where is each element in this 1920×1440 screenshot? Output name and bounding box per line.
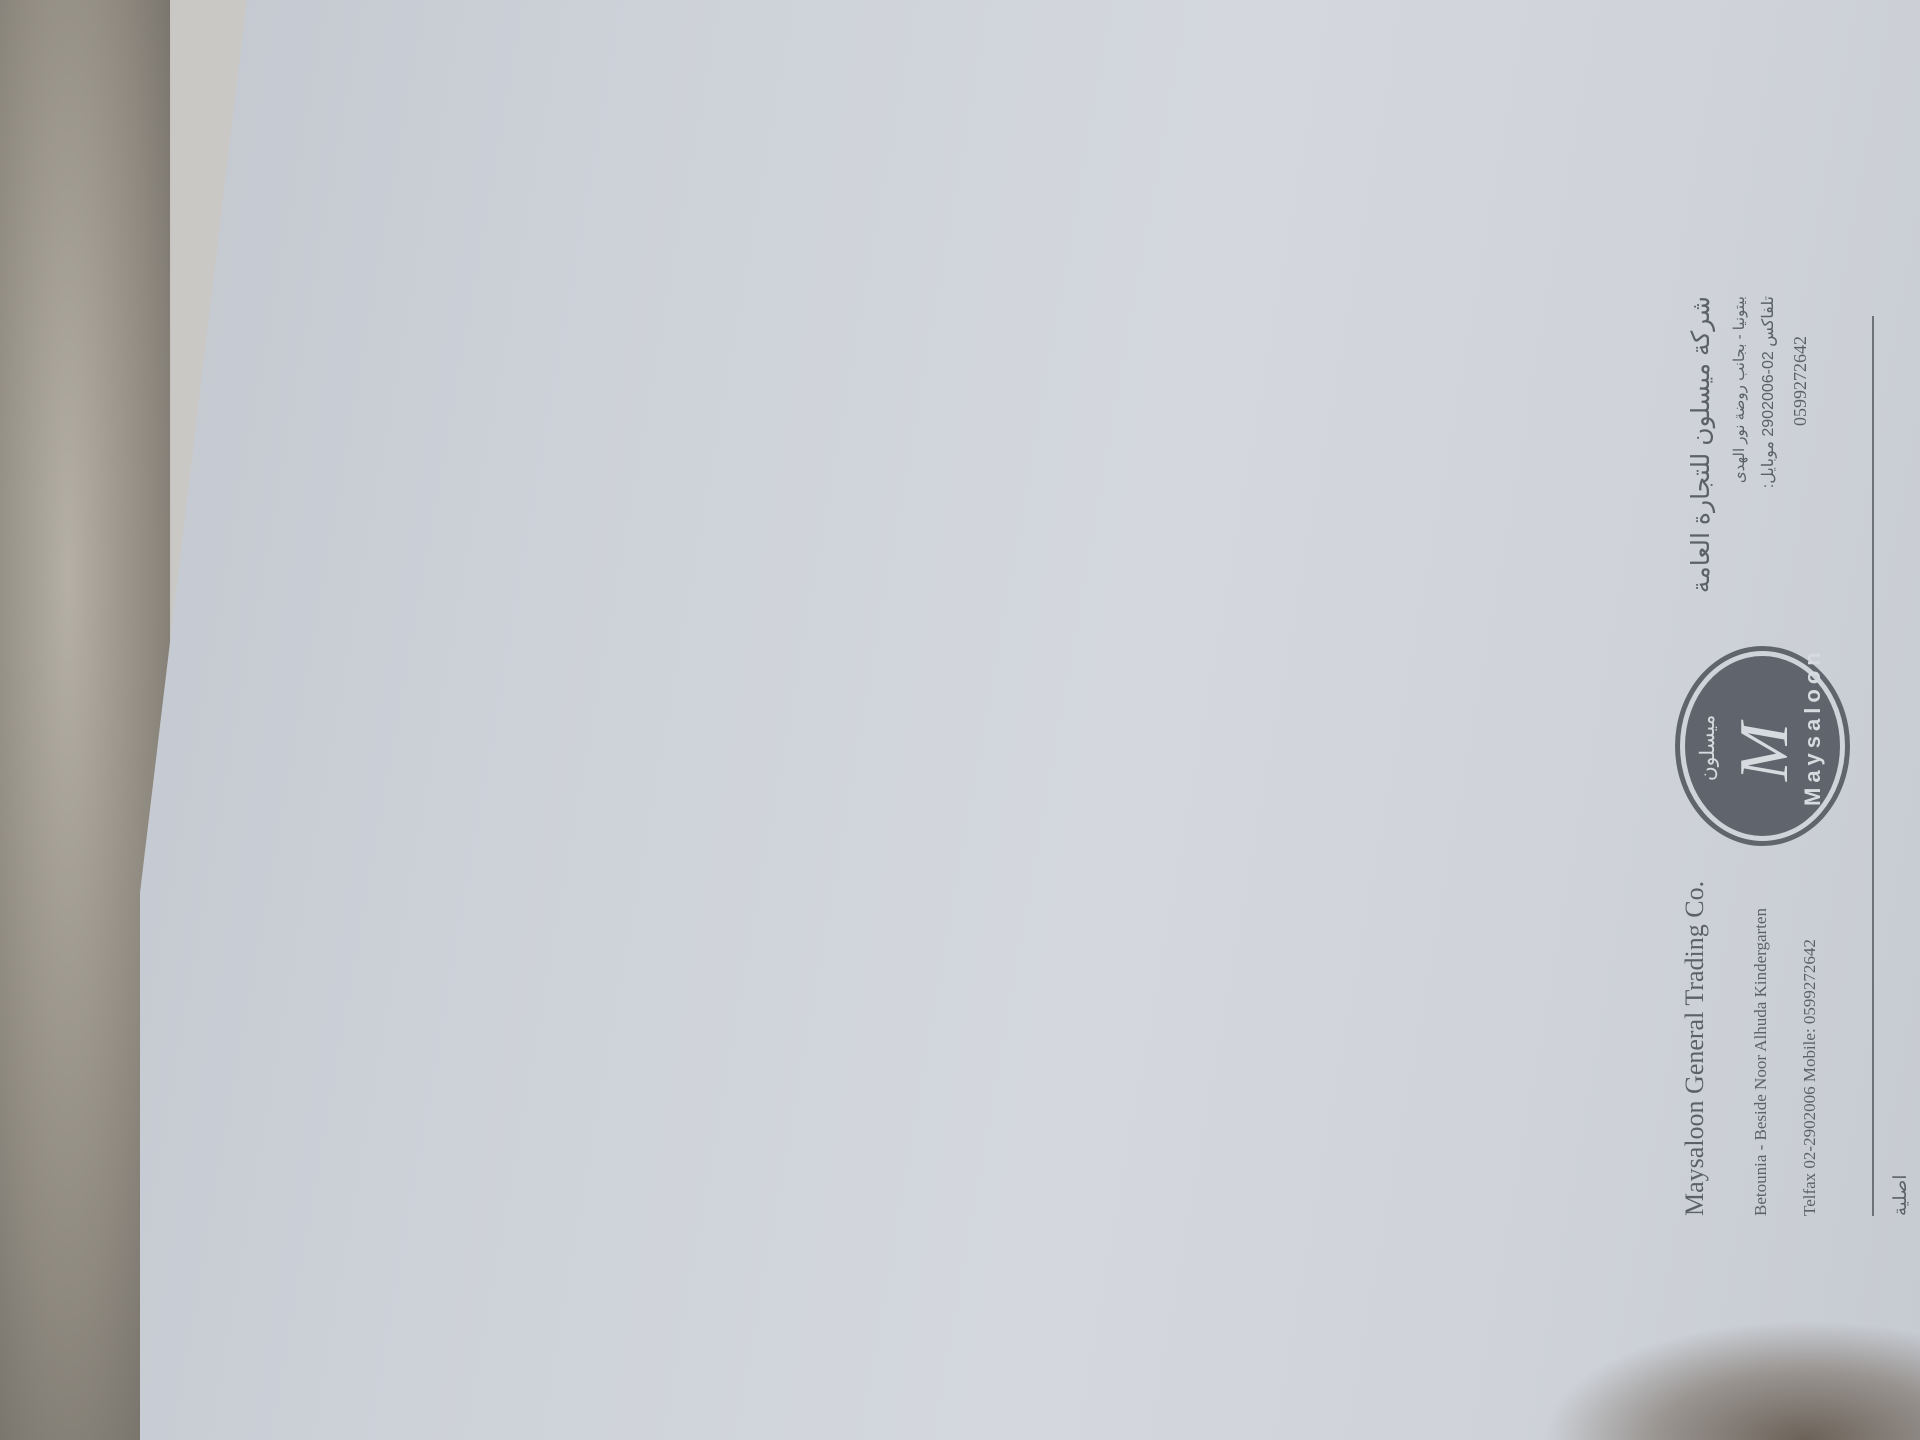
- logo-letter: M: [1725, 723, 1805, 781]
- company-telfax-en: Telfax 02-2902006 Mobile: 0599272642: [1800, 939, 1820, 1216]
- invoice-document: Maysaloon General Trading Co. Betounia -…: [1480, 176, 1920, 1296]
- company-name-en: Maysaloon General Trading Co.: [1680, 796, 1710, 1216]
- header-divider: [1872, 316, 1874, 1216]
- company-address-en: Betounia - Beside Noor Alhuda Kindergart…: [1750, 856, 1772, 1216]
- logo-text-en: Maysaloon: [1800, 647, 1826, 806]
- company-telfax-ar: تلفاكس 02-2902006 موبايل:: [1758, 296, 1778, 488]
- company-name-ar: شركة ميسلون للتجارة العامة: [1686, 296, 1716, 593]
- company-logo: ميسلون M Maysaloon: [1680, 651, 1845, 841]
- logo-text-ar: ميسلون: [1695, 715, 1720, 781]
- company-mobile-ar: 0599272642: [1790, 336, 1811, 426]
- company-address-ar: بيتونيا - بجانب روضة نور الهدى: [1730, 296, 1748, 483]
- hand-shadow: [1540, 1320, 1920, 1440]
- copy-label: اصلية: [1890, 1175, 1911, 1216]
